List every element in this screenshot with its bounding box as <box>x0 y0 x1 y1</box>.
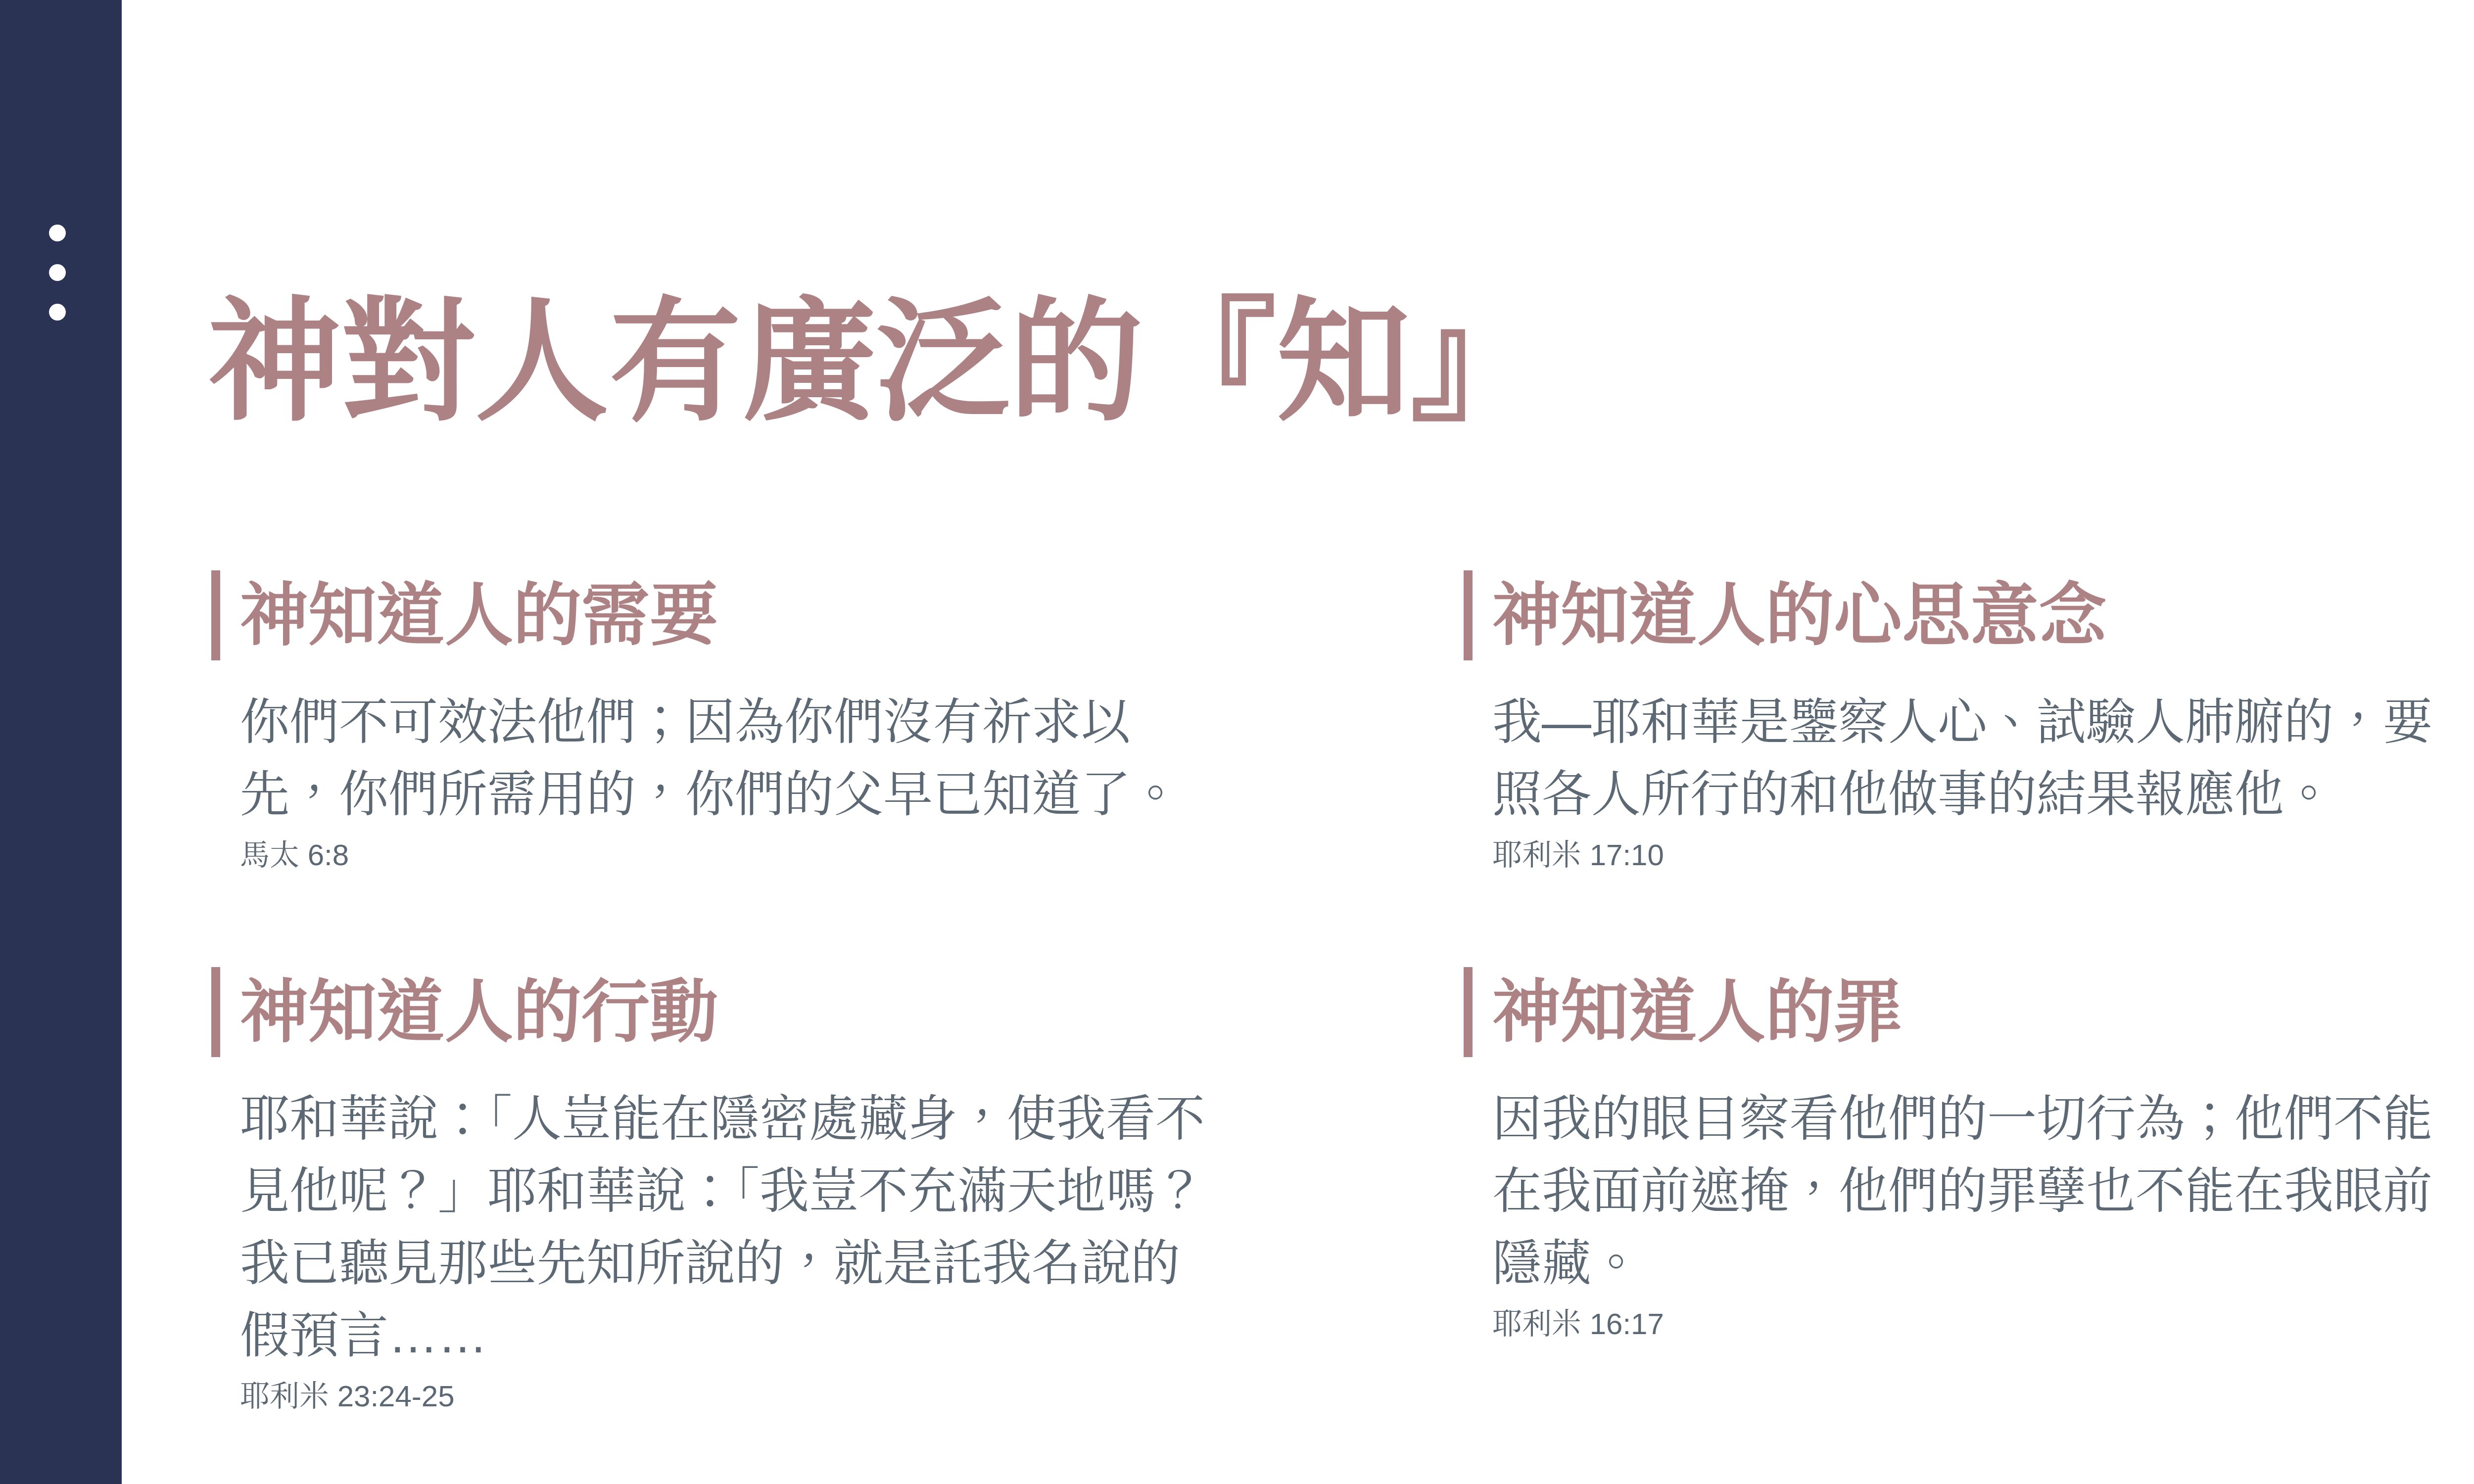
section-thoughts: 神知道人的心思意念 我—耶和華是鑒察人心、試驗人肺腑的，要照各人所行的和他做事的… <box>1464 570 2463 876</box>
dot <box>49 304 66 321</box>
scripture-reference: 耶利米 16:17 <box>1492 1303 2463 1345</box>
slide-title: 神對人有廣泛的『知』 <box>208 282 1544 443</box>
scripture-quote: 我—耶和華是鑒察人心、試驗人肺腑的，要照各人所行的和他做事的結果報應他。 <box>1492 686 2463 831</box>
scripture-reference: 耶利米 17:10 <box>1492 835 2463 876</box>
section-heading: 神知道人的心思意念 <box>1464 570 2463 660</box>
scripture-reference: 馬太 6:8 <box>240 835 1211 876</box>
presentation-slide: 神對人有廣泛的『知』 神知道人的需要 你們不可效法他們；因為你們沒有祈求以先，你… <box>0 0 2474 1484</box>
scripture-quote: 耶和華說：「人豈能在隱密處藏身，使我看不見他呢？」耶和華說：「我豈不充滿天地嗎？… <box>240 1083 1211 1372</box>
section-heading: 神知道人的需要 <box>211 570 1211 660</box>
dot <box>49 264 66 281</box>
section-heading: 神知道人的罪 <box>1464 967 2463 1057</box>
scripture-quote: 你們不可效法他們；因為你們沒有祈求以先，你們所需用的，你們的父早已知道了。 <box>240 686 1211 831</box>
dot <box>49 225 66 241</box>
vertical-ellipsis-icon <box>49 225 66 321</box>
section-needs: 神知道人的需要 你們不可效法他們；因為你們沒有祈求以先，你們所需用的，你們的父早… <box>211 570 1211 876</box>
sidebar-band <box>0 0 122 1484</box>
scripture-reference: 耶利米 23:24-25 <box>240 1376 1211 1417</box>
section-actions: 神知道人的行動 耶和華說：「人豈能在隱密處藏身，使我看不見他呢？」耶和華說：「我… <box>211 967 1211 1417</box>
scripture-quote: 因我的眼目察看他們的一切行為；他們不能在我面前遮掩，他們的罪孽也不能在我眼前隱藏… <box>1492 1083 2463 1299</box>
section-sins: 神知道人的罪 因我的眼目察看他們的一切行為；他們不能在我面前遮掩，他們的罪孽也不… <box>1464 967 2463 1345</box>
section-heading: 神知道人的行動 <box>211 967 1211 1057</box>
